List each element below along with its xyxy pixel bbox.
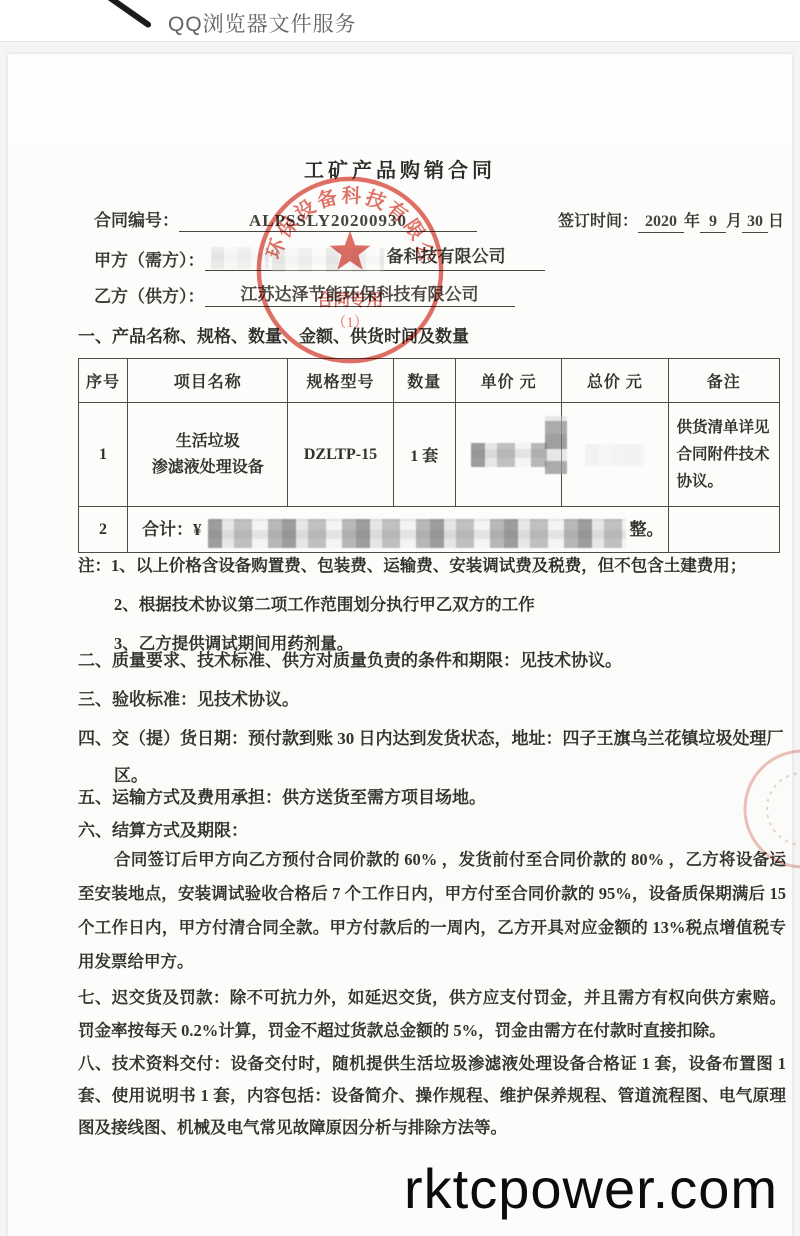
cell-no: 2 (79, 507, 128, 553)
meta-row: 合同编号：ALPSSLY20200930 签订时间：2020年9月30日 (94, 206, 784, 232)
party-a-visible-text: 备科技有限公司 (387, 247, 506, 266)
cell-no: 1 (79, 403, 128, 507)
document-title: 工矿产品购销合同 (8, 154, 792, 183)
party-a-redaction-blur (272, 248, 384, 272)
col-header-remark: 备注 (668, 359, 779, 403)
cell-total-price (562, 403, 668, 507)
sign-date: 签订时间：2020年9月30日 (558, 208, 784, 233)
sign-day: 30 (742, 212, 768, 233)
cell-model: DZLTP-15 (288, 403, 393, 507)
party-a-label: 甲方（需方）： (94, 251, 205, 270)
back-arrow-icon[interactable] (101, 0, 152, 29)
cell-remark: 供货清单详见合同附件技术协议。 (668, 403, 779, 507)
watermark: rktcpower.com (404, 1156, 778, 1221)
clause-8: 八、技术资料交付：设备交付时，随机提供生活垃圾渗滤液处理设备合格证 1 套，设备… (78, 1048, 786, 1144)
unit-day: 日 (768, 213, 784, 230)
price-column-redaction-blur (545, 416, 567, 474)
total-price-redaction-blur (585, 444, 645, 466)
cell-remark-empty (668, 507, 779, 553)
item-name-line1: 生活垃圾 (132, 429, 283, 455)
total-label: 合计：¥ (142, 520, 202, 539)
table-row-total: 2 合计：¥整。 (79, 507, 780, 553)
note-line: 注：1、以上价格含设备购置费、包装费、运输费、安装调试费及税费，但不包含土建费用… (78, 552, 784, 576)
cell-qty: 1 套 (393, 403, 455, 507)
col-header-name: 项目名称 (128, 359, 288, 403)
total-suffix: 整。 (630, 520, 664, 539)
party-b-label: 乙方（供方）： (94, 287, 205, 306)
party-a-redaction-blur (211, 247, 269, 269)
grand-total-redaction-blur (208, 519, 626, 548)
unit-price-redaction-blur (471, 443, 547, 467)
note-line: 2、根据技术协议第二项工作范围划分执行甲乙双方的工作 (78, 591, 784, 615)
col-header-total-price: 总价 元 (562, 359, 668, 403)
clause-6-heading: 六、结算方式及期限： (78, 816, 786, 841)
party-b-row: 乙方（供方）：江苏达泽节能环保科技有限公司 (94, 280, 515, 307)
sign-month: 9 (700, 212, 726, 233)
cell-item-name: 生活垃圾 渗滤液处理设备 (128, 403, 288, 507)
goods-table: 序号 项目名称 规格型号 数量 单价 元 总价 元 备注 1 生活垃圾 渗滤液处… (78, 358, 780, 553)
party-a-value: 备科技有限公司 (205, 242, 545, 271)
app-title: QQ浏览器文件服务 (168, 8, 357, 38)
item-name-line2: 渗滤液处理设备 (132, 455, 283, 481)
clause-5: 五、运输方式及费用承担：供方送货至需方项目场地。 (78, 783, 786, 808)
clause-7: 七、迟交货及罚款：除不可抗力外，如延迟交货，供方应支付罚金，并且需方有权向供方索… (78, 981, 786, 1047)
clause-6-body: 合同签订后甲方向乙方预付合同价款的 60% ，发货前付至合同价款的 80% ，乙… (78, 843, 786, 979)
party-a-row: 甲方（需方）：备科技有限公司 (94, 242, 545, 271)
col-header-unit-price: 单价 元 (456, 359, 562, 403)
party-b-value: 江苏达泽节能环保科技有限公司 (205, 280, 515, 307)
sign-year: 2020 (638, 212, 684, 233)
section-one-heading: 一、产品名称、规格、数量、金额、供货时间及数量 (78, 322, 469, 347)
col-header-no: 序号 (79, 359, 128, 403)
cell-grand-total: 合计：¥整。 (128, 507, 669, 553)
document-page: 工矿产品购销合同 合同编号：ALPSSLY20200930 签订时间：2020年… (8, 54, 792, 1236)
screen: QQ浏览器文件服务 工矿产品购销合同 合同编号：ALPSSLY20200930 … (0, 0, 800, 1236)
contract-no-label: 合同编号： (94, 211, 179, 230)
clause-3: 三、验收标准：见技术协议。 (78, 685, 786, 710)
col-header-model: 规格型号 (288, 359, 393, 403)
col-header-qty: 数量 (393, 359, 455, 403)
table-row-item: 1 生活垃圾 渗滤液处理设备 DZLTP-15 1 套 供货清单详见合同附件技术… (79, 403, 780, 507)
contract-no-value: ALPSSLY20200930 (179, 210, 477, 232)
unit-year: 年 (684, 213, 700, 230)
table-header-row: 序号 项目名称 规格型号 数量 单价 元 总价 元 备注 (79, 359, 780, 403)
unit-month: 月 (726, 213, 742, 230)
sign-date-label: 签订时间： (558, 213, 638, 230)
clause-2: 二、质量要求、技术标准、供方对质量负责的条件和期限：见技术协议。 (78, 646, 786, 671)
app-header-bar: QQ浏览器文件服务 (0, 0, 800, 42)
